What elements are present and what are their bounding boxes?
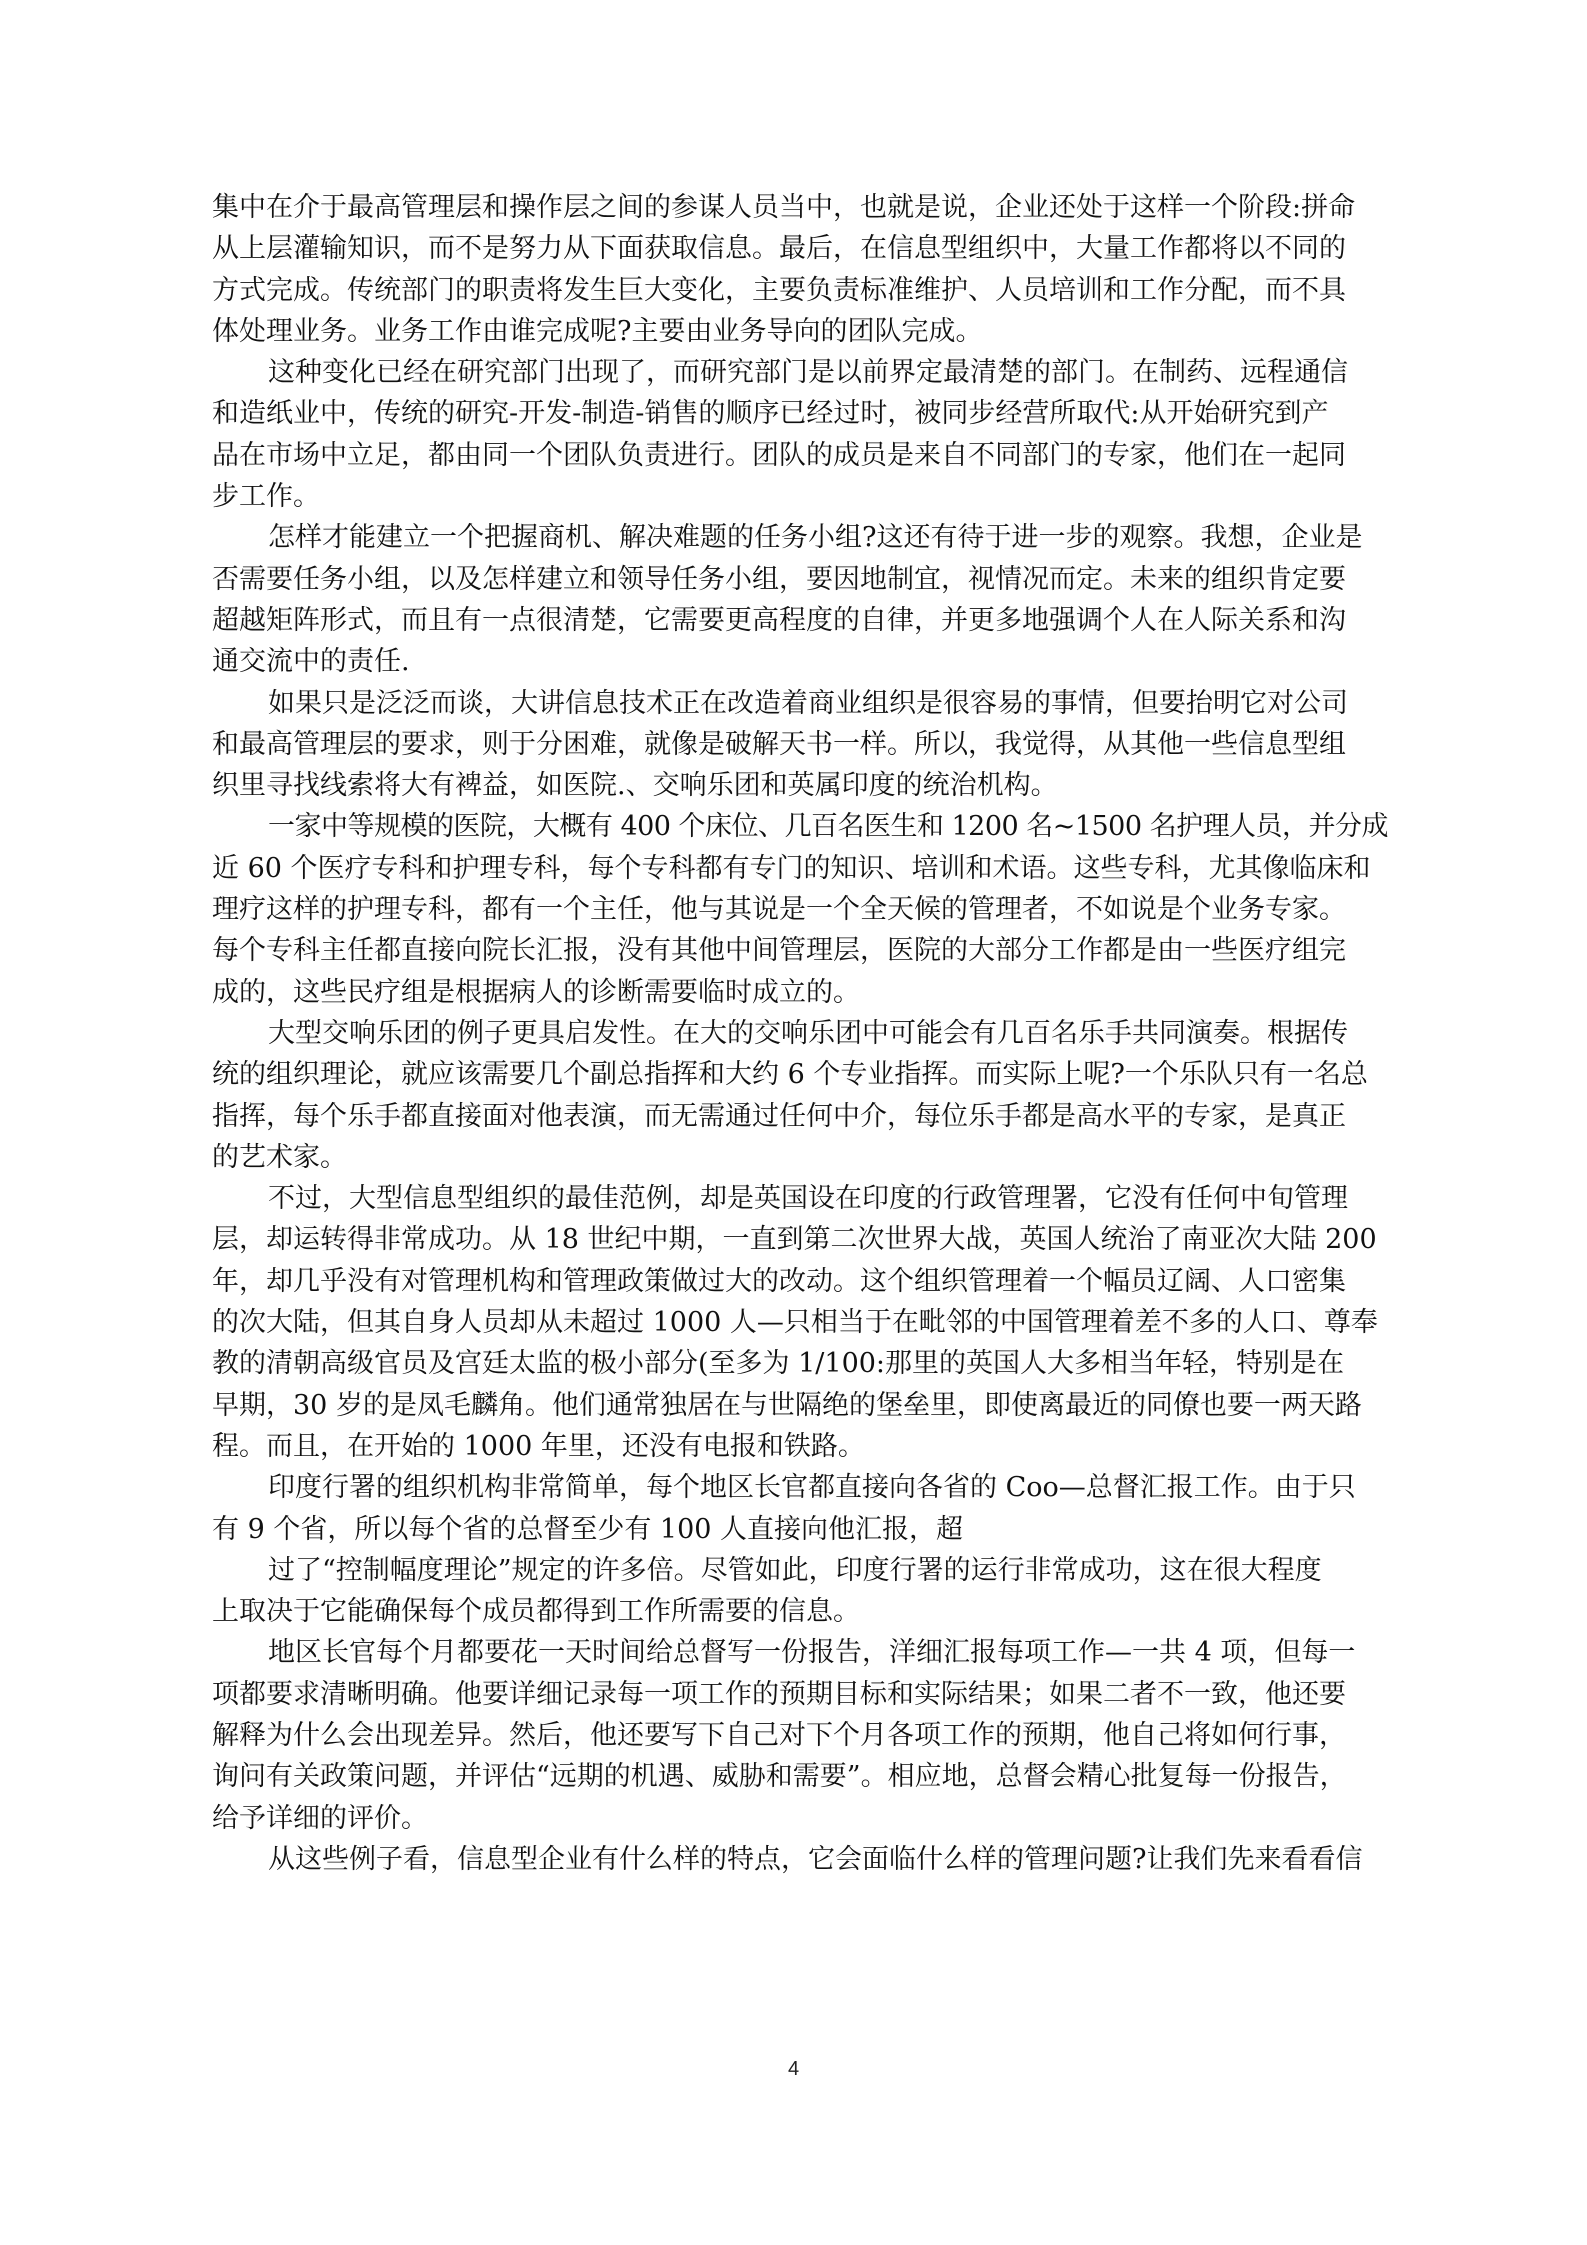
text-line: 地区长官每个月都要花一天时间给总督写一份报告，洋细汇报每项工作—一共 4 项，但… — [212, 1632, 1388, 1673]
text-line: 有 9 个省，所以每个省的总督至少有 100 人直接向他汇报，超 — [212, 1509, 1388, 1550]
text-line: 和最高管理层的要求，则于分困难，就像是破解天书一样。所以，我觉得，从其他一些信息… — [212, 724, 1388, 765]
text-line: 超越矩阵形式，而且有一点很清楚，它需要更高程度的自律，并更多地强调个人在人际关系… — [212, 600, 1388, 641]
text-line: 方式完成。传统部门的职责将发生巨大变化，主要负责标准维护、人员培训和工作分配，而… — [212, 270, 1388, 311]
text-line: 年，却几乎没有对管理机构和管理政策做过大的改动。这个组织管理着一个幅员辽阔、人口… — [212, 1261, 1388, 1302]
text-line: 过了“控制幅度理论”规定的许多倍。尽管如此，印度行署的运行非常成功，这在很大程度 — [212, 1550, 1388, 1591]
text-line: 从上层灌输知识，而不是努力从下面获取信息。最后，在信息型组织中，大量工作都将以不… — [212, 228, 1388, 269]
text-line: 和造纸业中，传统的研究-开发-制造-销售的顺序已经过时，被同步经营所取代:从开始… — [212, 393, 1388, 434]
text-line: 项都要求清晰明确。他要详细记录每一项工作的预期目标和实际结果；如果二者不一致，他… — [212, 1674, 1388, 1715]
text-line: 理疗这样的护理专科，都有一个主任，他与其说是一个全天候的管理者，不如说是个业务专… — [212, 889, 1388, 930]
text-line: 层，却运转得非常成功。从 18 世纪中期，一直到第二次世界大战，英国人统治了南亚… — [212, 1219, 1388, 1260]
text-line: 教的清朝高级官员及宫廷太监的极小部分(至多为 1/100:那里的英国人大多相当年… — [212, 1343, 1388, 1384]
text-line: 从这些例子看，信息型企业有什么样的特点，它会面临什么样的管理问题?让我们先来看看… — [212, 1839, 1388, 1880]
text-line: 一家中等规模的医院，大概有 400 个床位、几百名医生和 1200 名~1500… — [212, 806, 1388, 847]
page-number: 4 — [0, 2058, 1587, 2081]
text-line: 解释为什么会出现差异。然后，他还要写下自己对下个月各项工作的预期，他自己将如何行… — [212, 1715, 1388, 1756]
body-text: 集中在介于最高管理层和操作层之间的参谋人员当中，也就是说，企业还处于这样一个阶段… — [212, 187, 1388, 1880]
text-line: 怎样才能建立一个把握商机、解决难题的任务小组?这还有待于进一步的观察。我想，企业… — [212, 517, 1388, 558]
document-page: 集中在介于最高管理层和操作层之间的参谋人员当中，也就是说，企业还处于这样一个阶段… — [0, 0, 1587, 2245]
text-line: 不过，大型信息型组织的最佳范例，却是英国设在印度的行政管理署，它没有任何中旬管理 — [212, 1178, 1388, 1219]
text-line: 的次大陆，但其自身人员却从未超过 1000 人—只相当于在毗邻的中国管理着差不多… — [212, 1302, 1388, 1343]
text-line: 上取决于它能确保每个成员都得到工作所需要的信息。 — [212, 1591, 1388, 1632]
text-line: 统的组织理论，就应该需要几个副总指挥和大约 6 个专业指挥。而实际上呢?一个乐队… — [212, 1054, 1388, 1095]
text-line: 早期，30 岁的是凤毛麟角。他们通常独居在与世隔绝的堡垒里，即使离最近的同僚也要… — [212, 1385, 1388, 1426]
text-line: 否需要任务小组，以及怎样建立和领导任务小组，要因地制宜，视情况而定。未来的组织肯… — [212, 559, 1388, 600]
text-line: 指挥，每个乐手都直接面对他表演，而无需通过任何中介，每位乐手都是高水平的专家，是… — [212, 1096, 1388, 1137]
text-line: 品在市场中立足，都由同一个团队负责进行。团队的成员是来自不同部门的专家，他们在一… — [212, 435, 1388, 476]
text-line: 如果只是泛泛而谈，大讲信息技术正在改造着商业组织是很容易的事情，但要抬明它对公司 — [212, 683, 1388, 724]
text-line: 印度行署的组织机构非常简单，每个地区长官都直接向各省的 Coo—总督汇报工作。由… — [212, 1467, 1388, 1508]
text-line: 每个专科主任都直接向院长汇报，没有其他中间管理层，医院的大部分工作都是由一些医疗… — [212, 930, 1388, 971]
text-line: 集中在介于最高管理层和操作层之间的参谋人员当中，也就是说，企业还处于这样一个阶段… — [212, 187, 1388, 228]
text-line: 的艺术家。 — [212, 1137, 1388, 1178]
text-line: 体处理业务。业务工作由谁完成呢?主要由业务导向的团队完成。 — [212, 311, 1388, 352]
text-line: 程。而且，在开始的 1000 年里，还没有电报和铁路。 — [212, 1426, 1388, 1467]
text-line: 这种变化已经在研究部门出现了，而研究部门是以前界定最清楚的部门。在制药、远程通信 — [212, 352, 1388, 393]
text-line: 大型交响乐团的例子更具启发性。在大的交响乐团中可能会有几百名乐手共同演奏。根据传 — [212, 1013, 1388, 1054]
text-line: 通交流中的责任. — [212, 641, 1388, 682]
text-line: 织里寻找线索将大有裨益，如医院.、交响乐团和英属印度的统治机构。 — [212, 765, 1388, 806]
text-line: 步工作。 — [212, 476, 1388, 517]
text-line: 成的，这些民疗组是根据病人的诊断需要临时成立的。 — [212, 972, 1388, 1013]
text-line: 询问有关政策问题，并评估“远期的机遇、威胁和需要”。相应地，总督会精心批复每一份… — [212, 1756, 1388, 1797]
text-line: 近 60 个医疗专科和护理专科，每个专科都有专门的知识、培训和术语。这些专科，尤… — [212, 848, 1388, 889]
text-line: 给予详细的评价。 — [212, 1798, 1388, 1839]
